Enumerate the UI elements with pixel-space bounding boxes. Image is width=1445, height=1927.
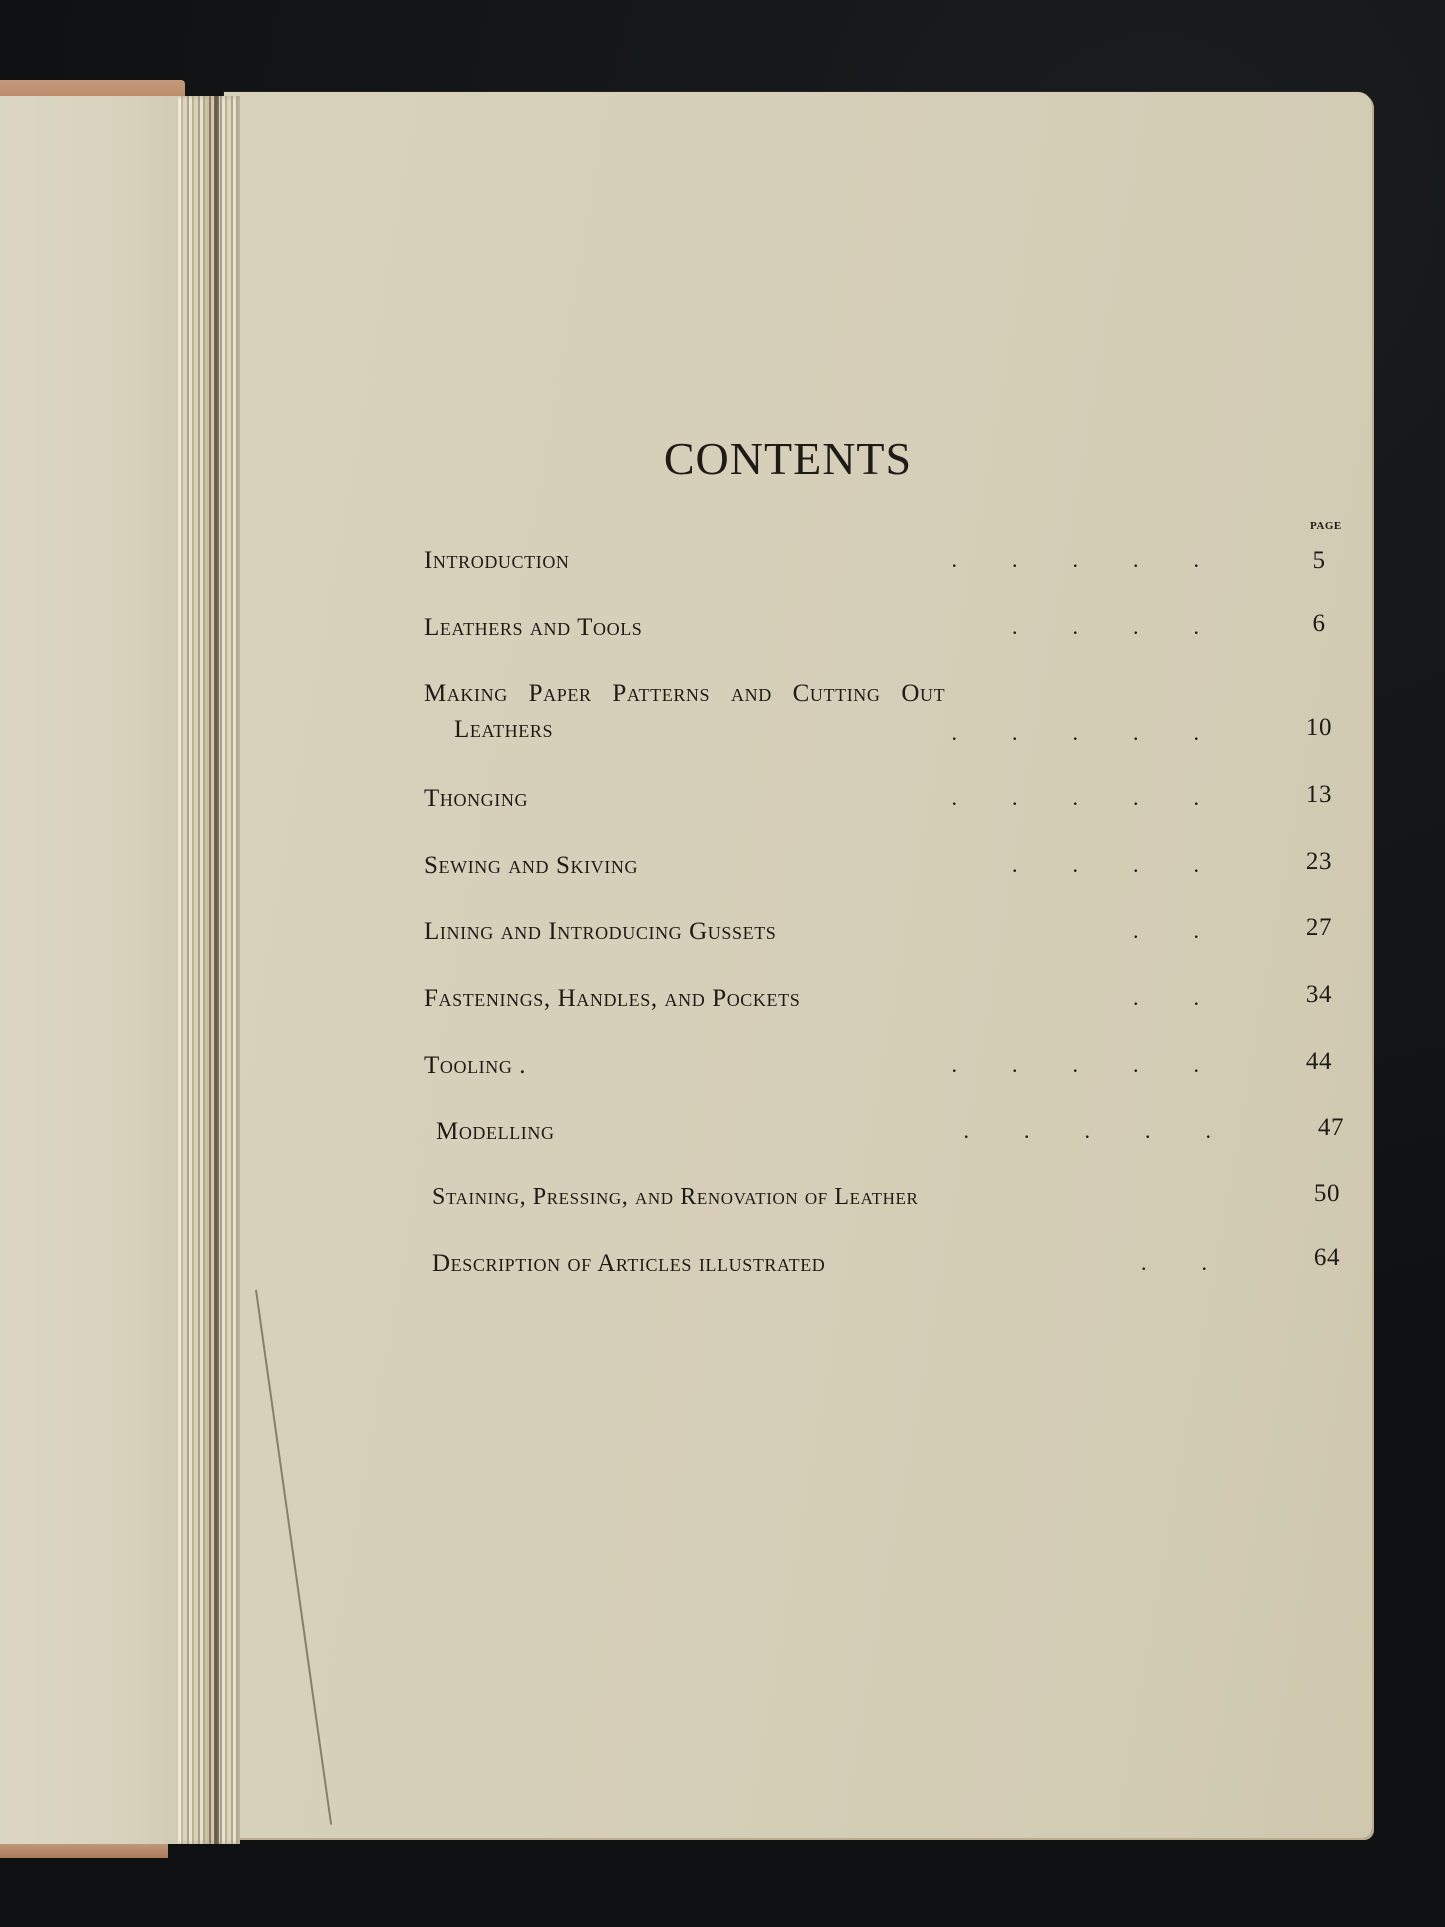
- toc-entry-page: 10: [1294, 714, 1344, 742]
- toc-entry-page: 50: [1302, 1180, 1352, 1208]
- right-page: CONTENTS PAGE Introduction . . . . . 5 L…: [224, 92, 1372, 1838]
- table-of-contents: PAGE Introduction . . . . . 5 Leathers a…: [424, 92, 1244, 1838]
- toc-entry-page: 5: [1294, 547, 1344, 575]
- toc-entry-page: 64: [1302, 1244, 1352, 1272]
- dot-leader: . .: [1141, 1250, 1207, 1276]
- spine-gutter: [214, 96, 219, 1844]
- toc-entry-label: Introduction: [424, 547, 570, 575]
- toc-entry-label: Sewing and Skiving: [424, 852, 638, 880]
- toc-entry-page: 44: [1294, 1048, 1344, 1076]
- dot-leader: . . . . .: [964, 1118, 1212, 1144]
- page-column-label: PAGE: [1310, 520, 1342, 532]
- toc-entry-label: Description of Articles illustrated: [432, 1250, 825, 1278]
- dot-leader: . .: [1133, 985, 1199, 1011]
- toc-entry-label: Modelling: [436, 1118, 555, 1146]
- toc-entry-label: Fastenings, Handles, and Pockets: [424, 985, 800, 1013]
- dot-leader: . . . . .: [952, 720, 1200, 746]
- toc-entry-label: Leathers and Tools: [424, 614, 642, 642]
- dot-leader: . . . .: [1012, 852, 1199, 878]
- toc-entry-label: Making Paper Patterns and Cutting Out: [424, 680, 945, 708]
- dot-leader: . . . . .: [952, 785, 1200, 811]
- toc-entry-label: Tooling .: [424, 1052, 526, 1080]
- toc-entry-page: 47: [1306, 1114, 1356, 1142]
- toc-entry-page: 6: [1294, 610, 1344, 638]
- toc-entry-label: Thonging: [424, 785, 528, 813]
- book-spine: [178, 96, 240, 1844]
- dot-leader: . . . . .: [952, 1052, 1200, 1078]
- toc-entry-label: Staining, Pressing, and Renovation of Le…: [432, 1184, 918, 1211]
- toc-entry-page: 23: [1294, 848, 1344, 876]
- left-page: [0, 96, 192, 1844]
- toc-entry-page: 34: [1294, 981, 1344, 1009]
- dot-leader: . . . . .: [952, 547, 1200, 573]
- toc-entry-label: Lining and Introducing Gussets: [424, 918, 776, 946]
- dot-leader: . . . .: [1012, 614, 1199, 640]
- toc-entry-page: 13: [1294, 781, 1344, 809]
- toc-entry-page: 27: [1294, 914, 1344, 942]
- dot-leader: . .: [1133, 918, 1199, 944]
- toc-entry-label-continued: Leathers: [454, 716, 553, 744]
